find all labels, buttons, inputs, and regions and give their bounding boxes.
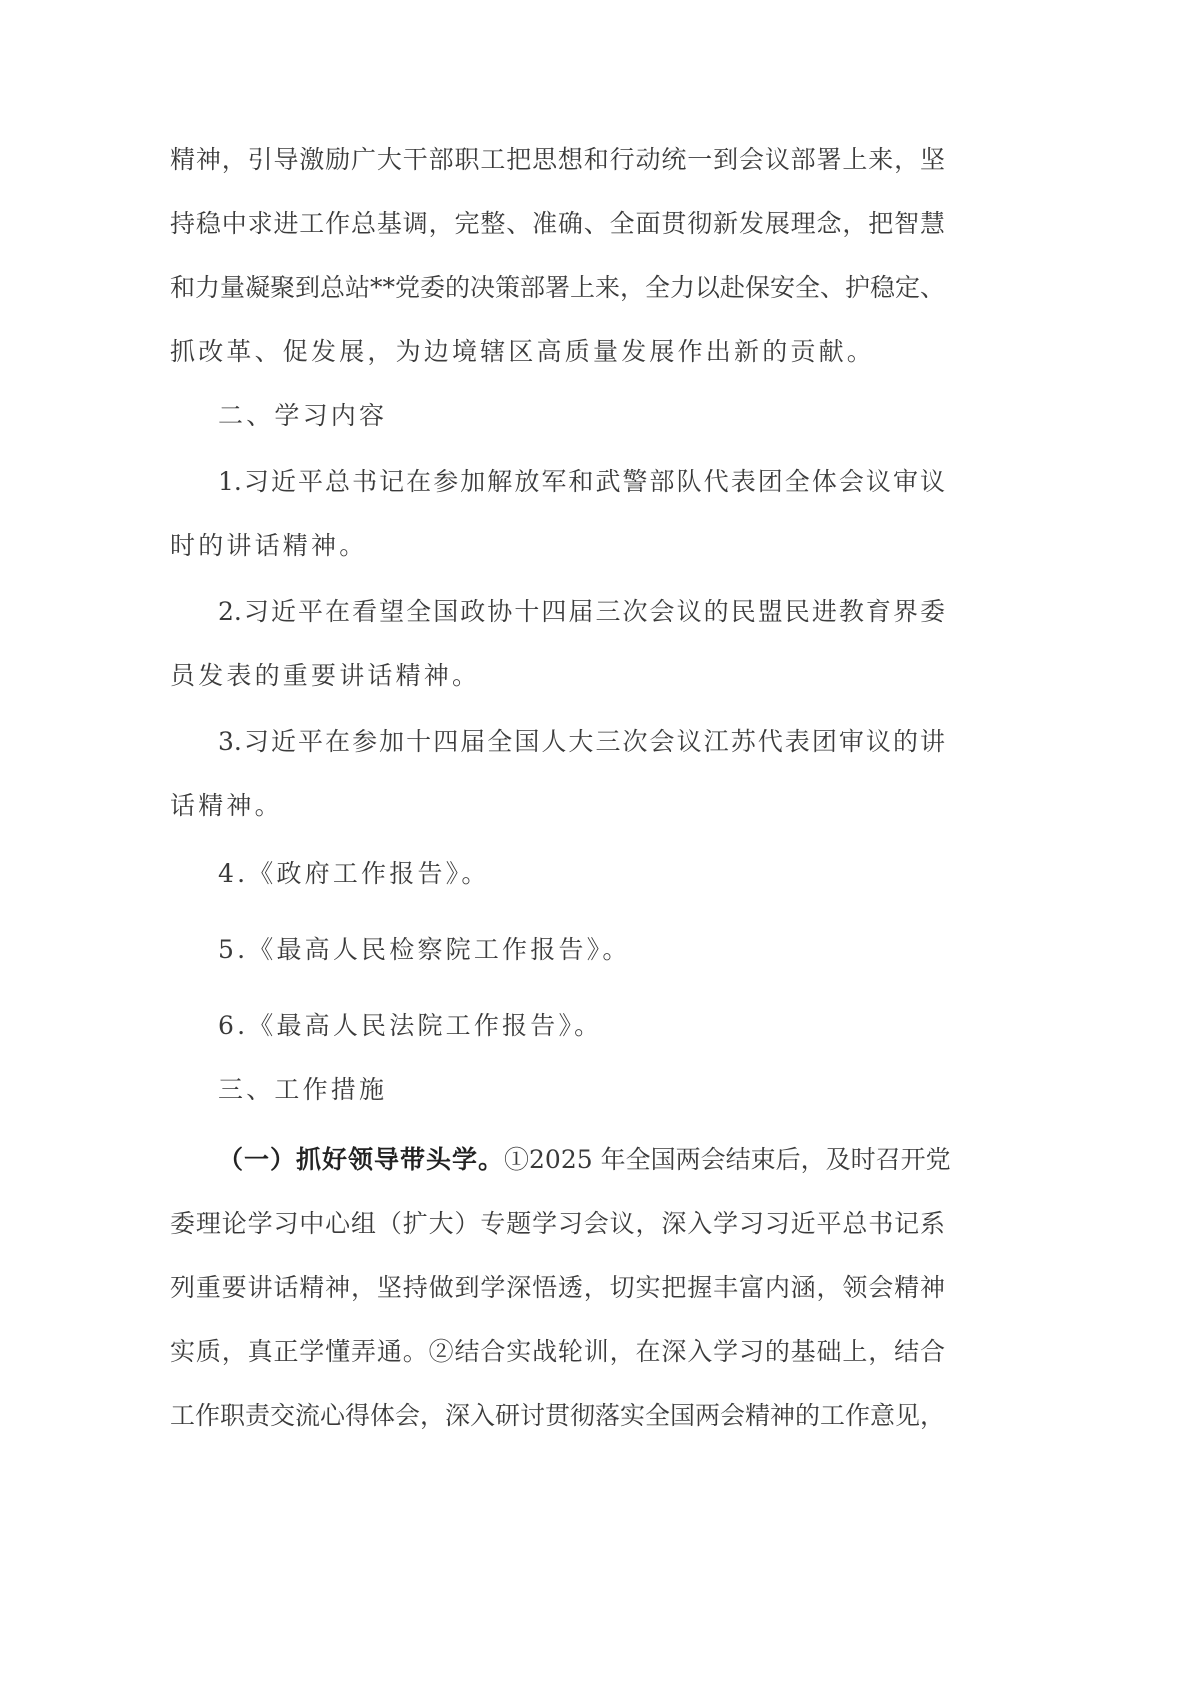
intro-line-3: 和力量凝聚到总站**党委的决策部署上来，全力以赴保安全、护稳定、 [170,268,945,308]
subsection-1-line-5: 工作职责交流心得体会，深入研讨贯彻落实全国两会精神的工作意见， [170,1396,945,1436]
intro-line-4: 抓改革、促发展，为边境辖区高质量发展作出新的贡献。 [170,332,875,372]
intro-line-2: 持稳中求进工作总基调，完整、准确、全面贯彻新发展理念，把智慧 [170,204,945,244]
section-heading-study-content: 二、学习内容 [218,396,387,436]
subsection-1-first-line-rest: ①2025 年全国两会结束后，及时召开党 [504,1140,951,1180]
list-item-4: 4.《政府工作报告》。 [218,854,490,894]
list-item-6: 6.《最高人民法院工作报告》。 [218,1006,602,1046]
subsection-1-line-2: 委理论学习中心组（扩大）专题学习会议，深入学习习近平总书记系 [170,1204,945,1244]
subsection-1-line-4: 实质，真正学懂弄通。②结合实战轮训，在深入学习的基础上，结合 [170,1332,945,1372]
subsection-1-lead: （一）抓好领导带头学。 [218,1140,504,1180]
list-item-5: 5.《最高人民检察院工作报告》。 [218,930,631,970]
list-item-3-line-1: 3.习近平在参加十四届全国人大三次会议江苏代表团审议的讲 [218,722,945,762]
intro-line-1: 精神，引导激励广大干部职工把思想和行动统一到会议部署上来，坚 [170,140,945,180]
list-item-1-line-1: 1.习近平总书记在参加解放军和武警部队代表团全体会议审议 [218,462,945,502]
list-item-2-line-2: 员发表的重要讲话精神。 [170,656,480,696]
list-item-2-line-1: 2.习近平在看望全国政协十四届三次会议的民盟民进教育界委 [218,592,945,632]
list-item-3-line-2: 话精神。 [170,786,283,826]
subsection-1-line-3: 列重要讲话精神，坚持做到学深悟透，切实把握丰富内涵，领会精神 [170,1268,945,1308]
section-heading-work-measures: 三、工作措施 [218,1070,387,1110]
subsection-1-first-line: （一）抓好领导带头学。 ①2025 年全国两会结束后，及时召开党 [218,1140,945,1180]
list-item-1-line-2: 时的讲话精神。 [170,526,367,566]
